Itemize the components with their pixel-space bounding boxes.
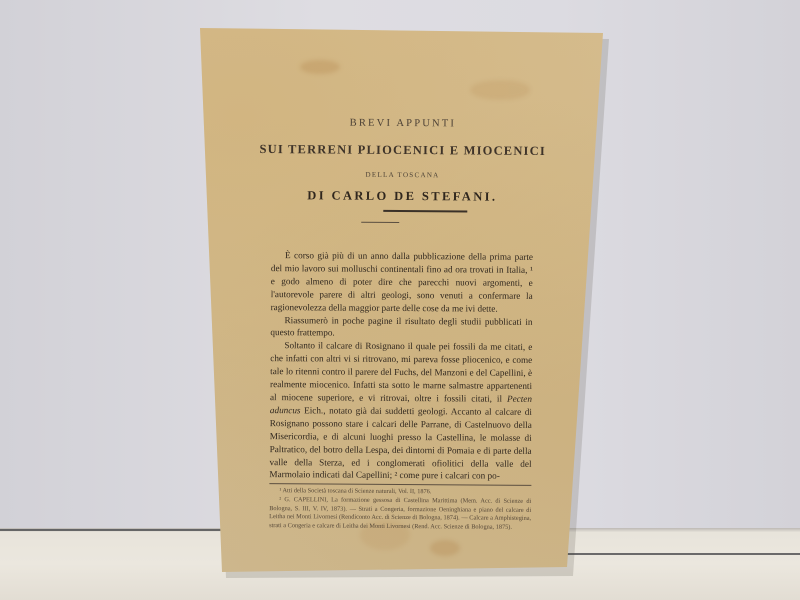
paragraph-1: È corso già più di un anno dalla pubblic… xyxy=(271,249,533,315)
title-rule xyxy=(383,210,467,213)
title-main: SUI TERRENI PLIOCENICI E MIOCENICI xyxy=(238,142,568,159)
title-region: DELLA TOSCANA xyxy=(238,170,568,180)
title-small: BREVI APPUNTI xyxy=(238,117,568,130)
paragraph-2: Riassumerò in poche pagine il risultato … xyxy=(270,314,532,342)
printed-page: BREVI APPUNTI SUI TERRENI PLIOCENICI E M… xyxy=(235,109,568,533)
paragraph-3-cont: Eich., notato già dai suddetti geologi. … xyxy=(269,405,532,481)
ledge-edge-left xyxy=(0,529,225,531)
footnote-2: ² G. CAPELLINI, La formazione gessosa di… xyxy=(269,496,531,532)
paragraph-3-text: Soltanto il calcare di Rosignano il qual… xyxy=(270,341,532,404)
ledge-edge-right xyxy=(566,553,800,555)
body-text: È corso già più di un anno dalla pubblic… xyxy=(269,249,533,483)
paragraph-3: Soltanto il calcare di Rosignano il qual… xyxy=(269,339,532,483)
footnote-rule xyxy=(269,483,531,486)
author-line: DI CARLO DE STEFANI. xyxy=(237,188,567,205)
section-rule xyxy=(361,222,399,223)
footnotes: ¹ Atti della Società toscana di Scienze … xyxy=(269,487,531,532)
